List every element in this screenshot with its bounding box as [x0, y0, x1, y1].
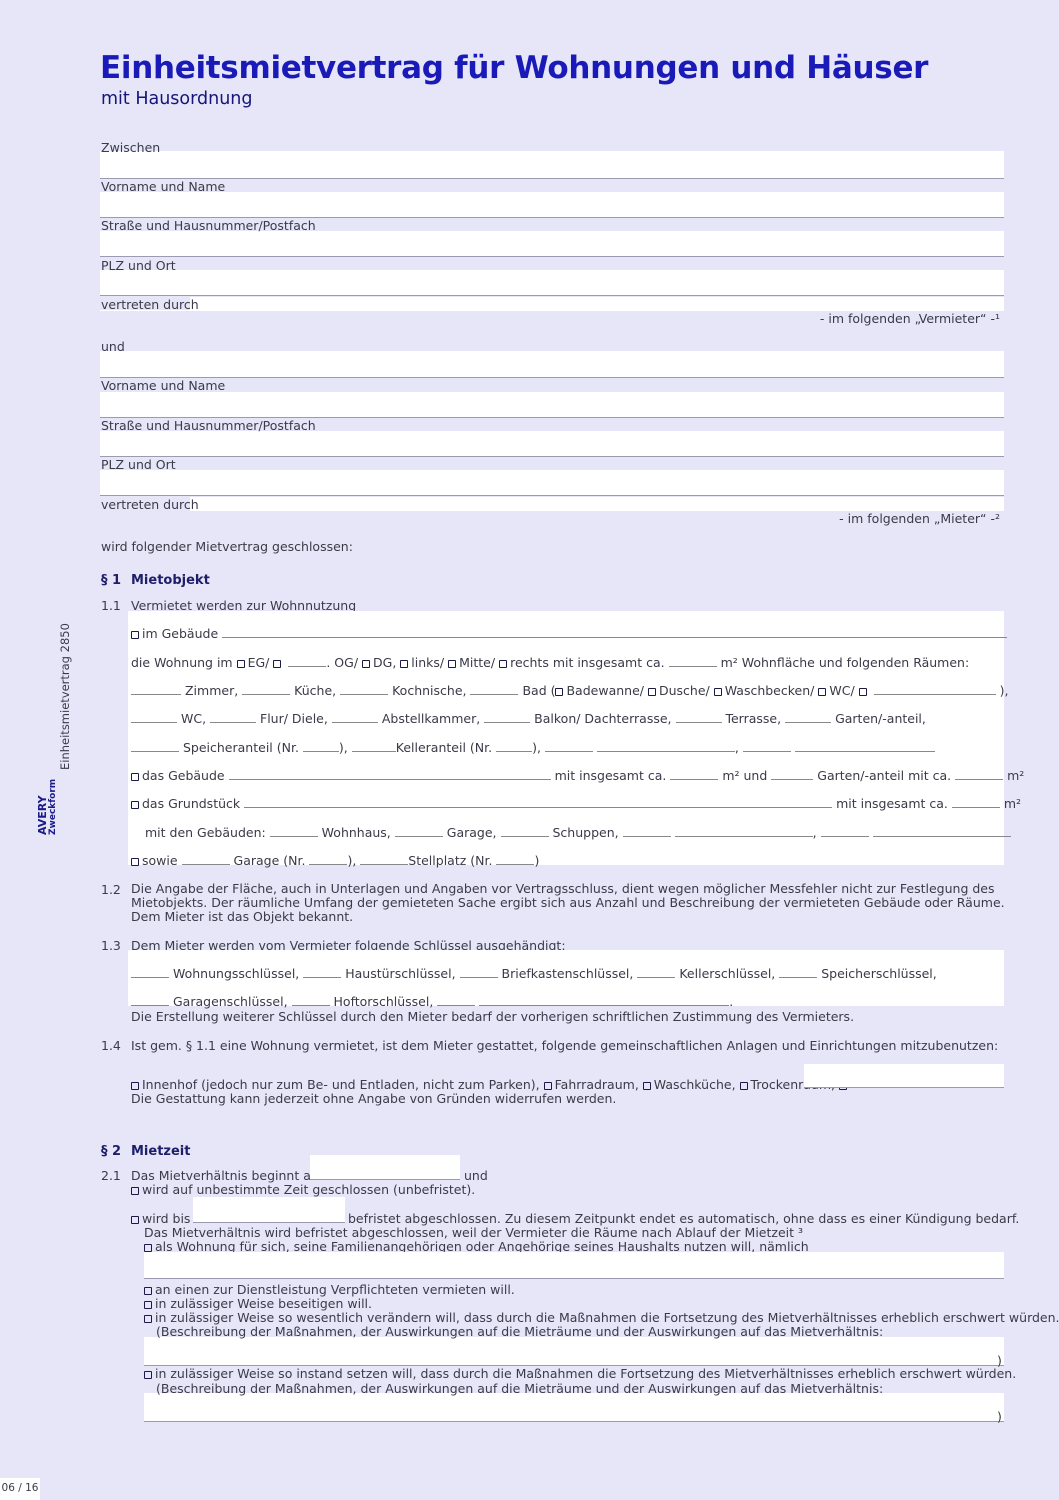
checkbox-badewanne[interactable]	[555, 688, 563, 696]
checkbox-rechts[interactable]	[499, 660, 507, 668]
checkbox-familie[interactable]	[144, 1244, 152, 1252]
tenant-designation: - im folgenden „Mieter“ -²	[839, 511, 1000, 526]
checkbox-veraendern[interactable]	[144, 1315, 152, 1323]
instand-description-label: (Beschreibung der Maßnahmen, der Auswirk…	[156, 1381, 883, 1396]
landlord-city-input[interactable]	[100, 270, 1004, 296]
tenant-street-input[interactable]	[100, 431, 1004, 457]
checkbox-waschkueche[interactable]	[643, 1082, 651, 1090]
page-number: 06 / 16	[0, 1478, 40, 1500]
familie-input[interactable]	[144, 1252, 1004, 1279]
row-mit-gebaeuden: mit den Gebäuden: Wohnhaus, Garage, Schu…	[145, 825, 1011, 840]
tenant-representative-input[interactable]	[190, 497, 1004, 511]
key-other-count-input[interactable]	[437, 996, 475, 1006]
house-count-input[interactable]	[270, 827, 318, 837]
cellar-count-input[interactable]	[352, 742, 396, 752]
other-building-input[interactable]	[675, 827, 813, 837]
balcony-count-input[interactable]	[484, 713, 530, 723]
landlord-field-label: vertreten durch	[101, 297, 199, 312]
und-label: und	[464, 1168, 488, 1183]
row-das-gebaeude: das Gebäude mit insgesamt ca. m² und Gar…	[131, 768, 1024, 783]
parking-count-input[interactable]	[360, 855, 408, 865]
start-date-input[interactable]	[310, 1155, 460, 1180]
keys-row-2: Garagenschlüssel, Hoftorschlüssel, .	[131, 994, 733, 1009]
veraendern-description-label: (Beschreibung der Maßnahmen, der Auswirk…	[156, 1324, 883, 1339]
garden-area-count-input[interactable]	[771, 770, 813, 780]
row-grundstueck: das Grundstück mit insgesamt ca. m²	[131, 796, 1021, 811]
key-count-input[interactable]	[637, 968, 675, 978]
key-count-input[interactable]	[131, 996, 169, 1006]
checkbox-das-gebaeude[interactable]	[131, 773, 139, 781]
facilities-row: Innenhof (jedoch nur zum Be- und Entlade…	[131, 1077, 850, 1092]
area-input[interactable]	[669, 657, 717, 667]
landlord-designation: - im folgenden „Vermieter“ -¹	[820, 311, 1000, 326]
checkbox-eg[interactable]	[237, 660, 245, 668]
paragraph-number: 2.1	[101, 1168, 121, 1183]
cellar-nr-input[interactable]	[496, 742, 532, 752]
befristet-grund: Das Mietverhältnis wird befristet abgesc…	[144, 1225, 803, 1240]
befristet-text: befristet abgeschlossen. Zu diesem Zeitp…	[348, 1211, 1019, 1226]
other-building-count-input-2[interactable]	[821, 827, 869, 837]
attic-nr-input[interactable]	[303, 742, 339, 752]
checkbox-dusche[interactable]	[648, 688, 656, 696]
wc-count-input[interactable]	[131, 713, 177, 723]
tenant-address-input[interactable]	[100, 392, 1004, 418]
tenant-city-input[interactable]	[100, 470, 1004, 496]
landlord-field-label: Vorname und Name	[101, 179, 225, 194]
keys-row-1: Wohnungsschlüssel, Haustürschlüssel, Bri…	[131, 966, 937, 981]
other-room-count-input-2[interactable]	[743, 742, 791, 752]
checkbox[interactable]	[131, 631, 139, 639]
option-instand: in zulässiger Weise so instand setzen wi…	[144, 1366, 1016, 1381]
checkbox-sowie[interactable]	[131, 858, 139, 866]
row-sowie: sowie Garage (Nr. ), Stellplatz (Nr. )	[131, 853, 539, 868]
checkbox-beseitigen[interactable]	[144, 1301, 152, 1309]
paragraph-text: Die Angabe der Fläche, auch in Unterlage…	[131, 882, 1007, 924]
option-befristet: wird bis	[131, 1211, 190, 1226]
bath-count-input[interactable]	[470, 685, 518, 695]
hall-count-input[interactable]	[210, 713, 256, 723]
other-room-input[interactable]	[597, 742, 735, 752]
garage-count-input[interactable]	[395, 827, 443, 837]
key-count-input[interactable]	[131, 968, 169, 978]
contract-closing-text: wird folgender Mietvertrag geschlossen:	[101, 539, 353, 554]
other-room-count-input[interactable]	[545, 742, 593, 752]
page-title: Einheitsmietvertrag für Wohnungen und Hä…	[100, 50, 928, 86]
checkbox-mitte[interactable]	[448, 660, 456, 668]
checkbox-links[interactable]	[400, 660, 408, 668]
checkbox-instand[interactable]	[144, 1371, 152, 1379]
shed-count-input[interactable]	[501, 827, 549, 837]
landlord-address-input[interactable]	[100, 192, 1004, 218]
row-rooms-1: Zimmer, Küche, Kochnische, Bad (Badewann…	[131, 683, 1008, 698]
tenant-name-input[interactable]	[100, 351, 1004, 378]
building-area-input[interactable]	[670, 770, 718, 780]
bath-other-input[interactable]	[874, 685, 996, 695]
option-veraendern: in zulässiger Weise so wesentlich veränd…	[144, 1310, 1059, 1325]
keys-note: Die Erstellung weiterer Schlüssel durch …	[131, 1009, 854, 1024]
rooms-count-input[interactable]	[131, 685, 181, 695]
paragraph-number: 1.4	[101, 1038, 121, 1053]
tenant-field-label: vertreten durch	[101, 497, 199, 512]
plot-area-input[interactable]	[952, 798, 1000, 808]
landlord-field-label: Straße und Hausnummer/Postfach	[101, 218, 316, 233]
garden-area-input[interactable]	[955, 770, 1003, 780]
garage-nr-input[interactable]	[309, 855, 347, 865]
checkbox-grundstueck[interactable]	[131, 801, 139, 809]
checkbox-fahrradraum[interactable]	[544, 1082, 552, 1090]
instand-description-input[interactable]	[144, 1393, 1004, 1422]
landlord-intro-label: Zwischen	[101, 140, 160, 155]
checkbox-dg[interactable]	[362, 660, 370, 668]
row-wohnung: die Wohnung im EG/ . OG/ DG, links/ Mitt…	[131, 655, 969, 670]
start-date-label: Das Mietverhältnis beginnt am	[131, 1168, 323, 1183]
option-beseitigen: in zulässiger Weise beseitigen will.	[144, 1296, 372, 1311]
landlord-field-label: PLZ und Ort	[101, 258, 176, 273]
section-title: Mietzeit	[131, 1144, 190, 1159]
other-facility-input[interactable]	[804, 1064, 1004, 1088]
brand-top: AVERY	[38, 779, 48, 835]
checkbox-unbefristet[interactable]	[131, 1187, 139, 1195]
checkbox-innenhof[interactable]	[131, 1082, 139, 1090]
garage-extra-count-input[interactable]	[182, 855, 230, 865]
checkbox-wc[interactable]	[818, 688, 826, 696]
landlord-street-input[interactable]	[100, 231, 1004, 257]
tenant-field-label: Vorname und Name	[101, 378, 225, 393]
facilities-note: Die Gestattung kann jederzeit ohne Angab…	[131, 1091, 616, 1106]
brand-bottom: Zweckform	[48, 779, 58, 835]
key-count-input[interactable]	[303, 968, 341, 978]
key-count-input[interactable]	[292, 996, 330, 1006]
option-unbefristet: wird auf unbestimmte Zeit geschlossen (u…	[131, 1182, 475, 1197]
section-title: Mietobjekt	[131, 573, 210, 588]
brand-logo: AVERY Zweckform	[38, 779, 58, 835]
page-subtitle: mit Hausordnung	[101, 89, 253, 109]
key-count-input[interactable]	[460, 968, 498, 978]
paragraph-number: 1.2	[101, 882, 121, 897]
other-room-input-2[interactable]	[795, 742, 935, 752]
terrace-count-input[interactable]	[676, 713, 722, 723]
building-input[interactable]	[222, 628, 1007, 638]
checkbox-og[interactable]	[273, 660, 281, 668]
key-count-input[interactable]	[779, 968, 817, 978]
section-number: § 1	[101, 573, 121, 588]
storage-count-input[interactable]	[332, 713, 378, 723]
checkbox-dienst[interactable]	[144, 1287, 152, 1295]
row-gebaeude: im Gebäude	[131, 626, 1007, 641]
tenant-field-label: PLZ und Ort	[101, 457, 176, 472]
paragraph-number: 1.1	[101, 598, 121, 613]
tenant-intro-label: und	[101, 339, 125, 354]
checkbox-other[interactable]	[859, 688, 867, 696]
landlord-representative-fill[interactable]	[190, 297, 1004, 311]
kitchenette-count-input[interactable]	[340, 685, 388, 695]
paragraph-intro: Ist gem. § 1.1 eine Wohnung vermietet, i…	[131, 1038, 998, 1053]
key-other-input[interactable]	[479, 996, 729, 1006]
checkbox-befristet[interactable]	[131, 1216, 139, 1224]
kitchen-count-input[interactable]	[242, 685, 290, 695]
floor-input[interactable]	[288, 657, 326, 667]
row-rooms-3: Speicheranteil (Nr. ), Kelleranteil (Nr.…	[131, 740, 935, 755]
option-dienst: an einen zur Dienstleistung Verpflichtet…	[144, 1282, 515, 1297]
garden-count-input[interactable]	[785, 713, 831, 723]
veraendern-description-input[interactable]	[144, 1337, 1004, 1366]
close-paren: )	[997, 1409, 1002, 1424]
whole-building-input[interactable]	[229, 770, 551, 780]
checkbox-trockenraum[interactable]	[740, 1082, 748, 1090]
checkbox-waschbecken[interactable]	[714, 688, 722, 696]
row-rooms-2: WC, Flur/ Diele, Abstellkammer, Balkon/ …	[131, 711, 926, 726]
end-date-input[interactable]	[193, 1197, 345, 1223]
attic-count-input[interactable]	[131, 742, 179, 752]
tenant-field-label: Straße und Hausnummer/Postfach	[101, 418, 316, 433]
other-building-input-2[interactable]	[873, 827, 1011, 837]
form-name: Einheitsmietvertrag 2850	[58, 623, 72, 770]
paragraph-number: 1.3	[101, 938, 121, 953]
other-building-count-input[interactable]	[623, 827, 671, 837]
plot-input[interactable]	[244, 798, 832, 808]
section-number: § 2	[101, 1144, 121, 1159]
landlord-name-input[interactable]	[100, 151, 1004, 179]
parking-nr-input[interactable]	[496, 855, 534, 865]
